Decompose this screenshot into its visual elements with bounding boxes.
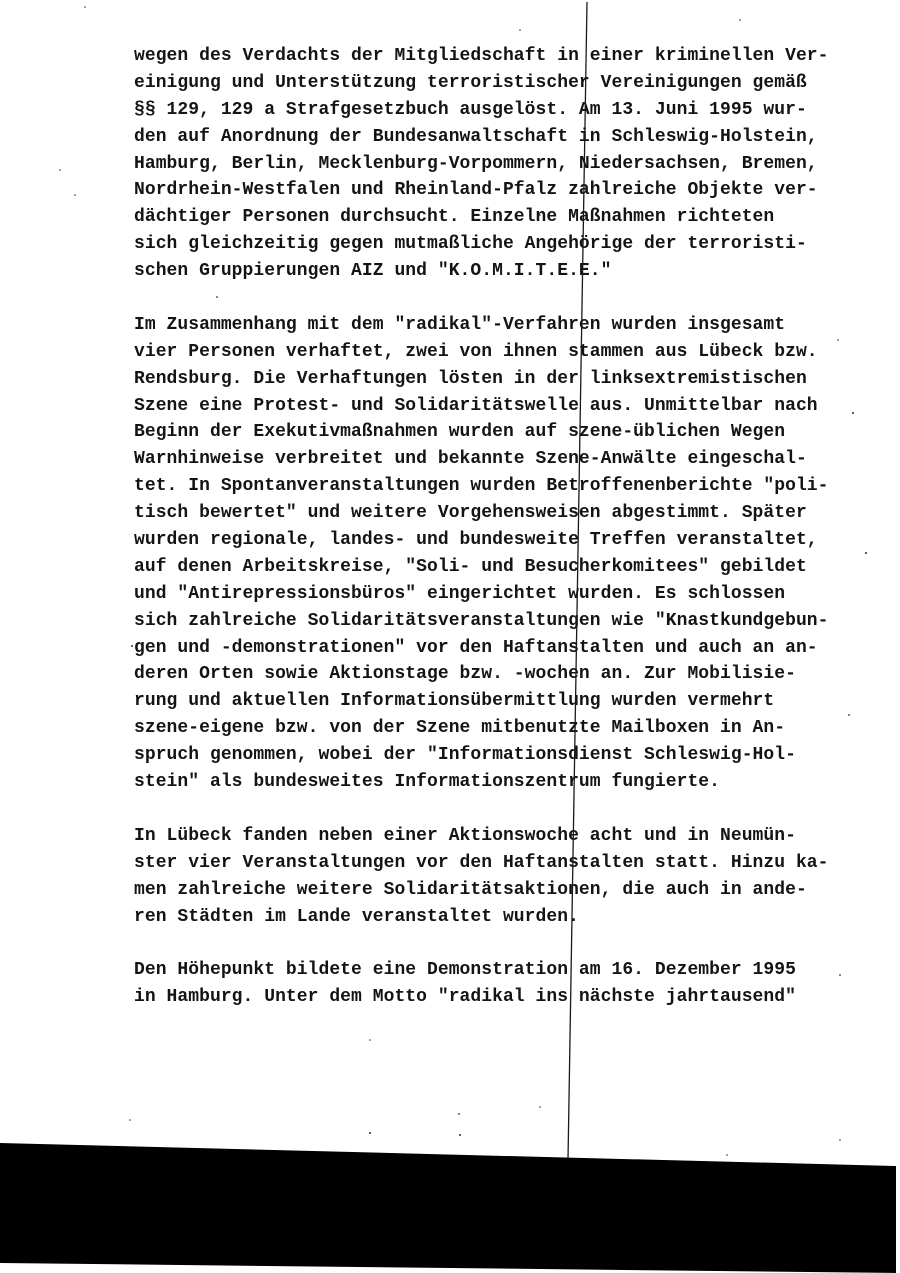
text-line: stein" als bundesweites Informationszent… [134,769,874,796]
text-line: wegen des Verdachts der Mitgliedschaft i… [134,43,874,70]
paragraph-4: Den Höhepunkt bildete eine Demonstration… [134,957,874,1011]
text-line: deren Orten sowie Aktionstage bzw. -woch… [134,661,874,688]
text-line: auf denen Arbeitskreise, "Soli- und Besu… [134,554,874,581]
text-line: dächtiger Personen durchsucht. Einzelne … [134,204,874,231]
text-line: ren Städten im Lande veranstaltet wurden… [134,904,874,931]
text-line: vier Personen verhaftet, zwei von ihnen … [134,339,874,366]
text-line: Szene eine Protest- und Solidaritätswell… [134,393,874,420]
text-line: wurden regionale, landes- und bundesweit… [134,527,874,554]
text-line: schen Gruppierungen AIZ und "K.O.M.I.T.E… [134,258,874,285]
text-line: rung und aktuellen Informationsübermittl… [134,688,874,715]
text-line: szene-eigene bzw. von der Szene mitbenut… [134,715,874,742]
text-line: gen und -demonstrationen" vor den Haftan… [134,635,874,662]
text-line: sich zahlreiche Solidaritätsveranstaltun… [134,608,874,635]
text-line: Warnhinweise verbreitet und bekannte Sze… [134,446,874,473]
text-line: Rendsburg. Die Verhaftungen lösten in de… [134,366,874,393]
text-line: §§ 129, 129 a Strafgesetzbuch ausgelöst.… [134,97,874,124]
text-line: Den Höhepunkt bildete eine Demonstration… [134,957,874,984]
text-line: tet. In Spontanveranstaltungen wurden Be… [134,473,874,500]
text-line: tisch bewertet" und weitere Vorgehenswei… [134,500,874,527]
paragraph-1: wegen des Verdachts der Mitgliedschaft i… [134,43,874,285]
text-line: Nordrhein-Westfalen und Rheinland-Pfalz … [134,177,874,204]
text-line: in Hamburg. Unter dem Motto "radikal ins… [134,984,874,1011]
paragraph-3: In Lübeck fanden neben einer Aktionswoch… [134,823,874,931]
text-line: einigung und Unterstützung terroristisch… [134,70,874,97]
text-line: Beginn der Exekutivmaßnahmen wurden auf … [134,419,874,446]
text-line: ster vier Veranstaltungen vor den Haftan… [134,850,874,877]
text-line: In Lübeck fanden neben einer Aktionswoch… [134,823,874,850]
text-line: den auf Anordnung der Bundesanwaltschaft… [134,124,874,151]
document-body: wegen des Verdachts der Mitgliedschaft i… [134,43,874,1038]
text-line: men zahlreiche weitere Solidaritätsaktio… [134,877,874,904]
text-line: spruch genommen, wobei der "Informations… [134,742,874,769]
text-line: sich gleichzeitig gegen mutmaßliche Ange… [134,231,874,258]
paragraph-2: Im Zusammenhang mit dem "radikal"-Verfah… [134,312,874,796]
scanned-document-page: wegen des Verdachts der Mitgliedschaft i… [0,0,900,1273]
text-line: und "Antirepressionsbüros" eingerichtet … [134,581,874,608]
text-line: Im Zusammenhang mit dem "radikal"-Verfah… [134,312,874,339]
text-line: Hamburg, Berlin, Mecklenburg-Vorpommern,… [134,151,874,178]
